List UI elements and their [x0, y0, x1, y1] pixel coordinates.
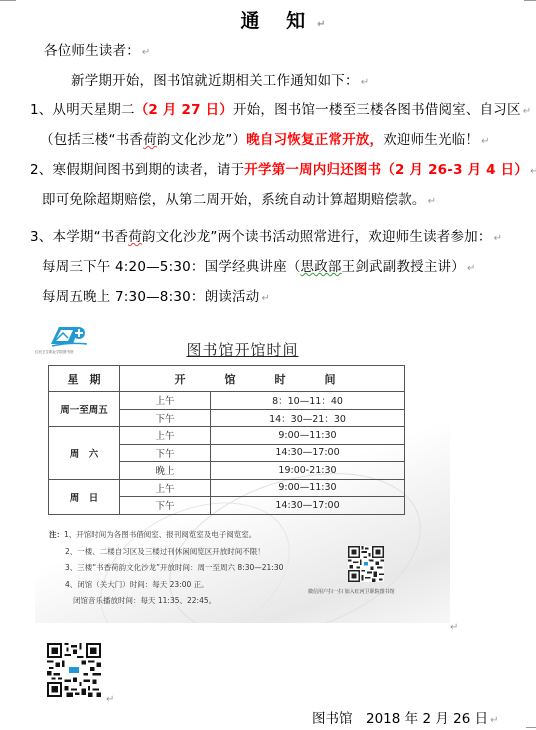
- notes-label: 注：: [49, 530, 64, 539]
- note-text: 3、三楼“书香荷韵文化沙龙”开放时间：周一至周六 8:30—21:30: [65, 563, 283, 572]
- note-line: 4、闭馆（关大门）时间：每天 23:00 正。: [49, 577, 283, 594]
- item-1-line-2: （包括三楼“书香荷韵文化沙龙”）晚自习恢复正常开放，欢迎师生光临！↵: [40, 131, 490, 151]
- qr-caption: 微信用户扫一扫 加入红河卫职院图书馆: [308, 588, 395, 595]
- spellcheck-word[interactable]: 荷: [128, 229, 142, 245]
- period-cell: 下午: [120, 409, 211, 427]
- item-3-text: 3、本学期“书香: [30, 229, 128, 245]
- note-text: 4、闭馆（关大门）时间：每天 23:00 正。: [65, 580, 209, 589]
- signature-line: 图书馆 2018 年 2 月 26 日↵: [312, 707, 498, 727]
- note-text: 闭馆音乐播放时间：每天 11:35、22:45。: [73, 596, 216, 605]
- library-hours-poster-image[interactable]: 红河卫生职业学院图书馆 图书馆开馆时间 星 期 开 馆 时 间 周一至周五 上午…: [35, 320, 450, 623]
- paragraph-mark: ↵: [481, 136, 490, 147]
- period-cell: 上午: [120, 427, 211, 445]
- note-text: 2、一楼、二楼自习区及三楼过刊休闲阅览区开放时间不限！: [65, 547, 265, 556]
- page-corner-mark: [526, 727, 536, 728]
- table-row: 周 日 上午 9:00—11:30: [49, 479, 405, 497]
- paragraph-mark: ↵: [530, 166, 536, 177]
- time-cell: 14:30—17:00: [211, 444, 405, 462]
- paragraph-mark: ↵: [467, 263, 476, 274]
- table-row: 周 六 上午 9:00—11:30: [49, 427, 405, 445]
- period-cell: 下午: [120, 444, 211, 462]
- salutation: 各位师生读者：↵: [44, 42, 151, 62]
- day-cell: 周 日: [49, 479, 120, 514]
- item-1-text: （包括三楼“书香: [40, 132, 143, 148]
- item-2-text: 即可免除超期赔偿，从第二周开始，系统自动计算超期赔偿款。: [42, 192, 426, 208]
- poster-notes: 注：1、开馆时间为各图书借阅室、报刊阅览室及电子阅览室。 2、一楼、二楼自习区及…: [49, 527, 283, 610]
- day-cell: 周一至周五: [49, 392, 120, 427]
- item-3-text: 韵文化沙龙”两个读书活动照常进行，欢迎师生读者参加：: [142, 229, 492, 245]
- intro-paragraph: 新学期开始，图书馆就近期相关工作通知如下：↵: [71, 72, 369, 92]
- activity-1: 每周三下午 4:20—5:30：国学经典讲座（思政部王剑武副教授主讲）↵: [42, 258, 476, 278]
- note-line: 注：1、开馆时间为各图书借阅室、报刊阅览室及电子阅览室。: [49, 527, 283, 544]
- activity-text: 每周五晚上 7:30—8:30：朗读活动: [42, 289, 259, 305]
- item-1-highlight: 晚自习恢复正常开放，: [246, 132, 383, 148]
- title-text: 通 知: [240, 10, 315, 32]
- opening-hours-table: 星 期 开 馆 时 间 周一至周五 上午 8：10—11：40 下午 14：30…: [48, 365, 405, 515]
- time-cell: 14:30—17:00: [211, 497, 405, 515]
- document-title: 通 知↵: [0, 6, 536, 33]
- page-corner-mark: [524, 0, 536, 1]
- spellcheck-word[interactable]: 荷: [143, 132, 157, 148]
- paragraph-mark: ↵: [523, 106, 532, 117]
- time-cell: 9:00—11:30: [211, 427, 405, 445]
- note-line: 2、一楼、二楼自习区及三楼过刊休闲阅览区开放时间不限！: [49, 544, 283, 561]
- qr-code-icon: [348, 546, 384, 582]
- item-1-date-highlight: （2 月 27 日）: [135, 102, 233, 118]
- poster-title: 图书馆开馆时间: [35, 339, 450, 360]
- item-1-text: 欢迎师生光临！: [383, 132, 479, 148]
- note-line: 闭馆音乐播放时间：每天 11:35、22:45。: [49, 593, 283, 610]
- paragraph-mark: ↵: [494, 233, 503, 244]
- item-1-text: 1、从明天星期二: [30, 102, 135, 118]
- item-2-text: 2、寒假期间图书到期的读者，请于: [30, 162, 244, 178]
- period-cell: 下午: [120, 497, 211, 515]
- signature-text: 图书馆 2018 年 2 月 26 日: [312, 711, 488, 727]
- activity-text: 王剑武副教授主讲）: [342, 259, 465, 275]
- activity-text: 每周三下午 4:20—5:30：国学经典讲座（: [42, 259, 301, 275]
- paragraph-mark: ↵: [428, 196, 437, 207]
- time-cell: 9:00—11:30: [211, 479, 405, 497]
- item-2-line-2: 即可免除超期赔偿，从第二周开始，系统自动计算超期赔偿款。↵: [42, 191, 436, 211]
- paragraph-mark: ↵: [106, 694, 114, 705]
- day-cell: 周 六: [49, 427, 120, 480]
- paragraph-mark: ↵: [490, 715, 498, 726]
- item-3-line-1: 3、本学期“书香荷韵文化沙龙”两个读书活动照常进行，欢迎师生读者参加：↵: [30, 228, 502, 248]
- paragraph-mark: ↵: [261, 293, 270, 304]
- table-header-row: 星 期 开 馆 时 间: [49, 366, 405, 392]
- item-1-line-1: 1、从明天星期二（2 月 27 日）开始，图书馆一楼至三楼各图书借阅室、自习区↵: [30, 101, 531, 121]
- wechat-qr-code-icon[interactable]: [47, 643, 101, 697]
- header-day: 星 期: [49, 366, 120, 392]
- note-line: 3、三楼“书香荷韵文化沙龙”开放时间：周一至周六 8:30—21:30: [49, 560, 283, 577]
- grammar-check-word[interactable]: 思政部: [301, 259, 342, 275]
- header-hours: 开 馆 时 间: [120, 366, 405, 392]
- activity-2: 每周五晚上 7:30—8:30：朗读活动↵: [42, 288, 270, 308]
- item-1-text: 韵文化沙龙”）: [157, 132, 246, 148]
- item-2-highlight: 开学第一周内归还图书（2 月 26-3 月 4 日）: [244, 162, 528, 178]
- paragraph-mark: ↵: [450, 622, 458, 633]
- period-cell: 晚上: [120, 462, 211, 480]
- paragraph-mark: ↵: [317, 19, 325, 30]
- page-corner-mark: [0, 0, 16, 1]
- note-text: 1、开馆时间为各图书借阅室、报刊阅览室及电子阅览室。: [64, 530, 256, 539]
- paragraph-mark: ↵: [142, 47, 151, 58]
- table-row: 周一至周五 上午 8：10—11：40: [49, 392, 405, 410]
- salutation-text: 各位师生读者：: [44, 43, 140, 59]
- item-1-text: 开始，图书馆一楼至三楼各图书借阅室、自习区: [233, 102, 521, 118]
- intro-text: 新学期开始，图书馆就近期相关工作通知如下：: [71, 73, 359, 89]
- period-cell: 上午: [120, 392, 211, 410]
- period-cell: 上午: [120, 479, 211, 497]
- time-cell: 8：10—11：40: [211, 392, 405, 410]
- time-cell: 19:00-21:30: [211, 462, 405, 480]
- item-2-line-1: 2、寒假期间图书到期的读者，请于开学第一周内归还图书（2 月 26-3 月 4 …: [30, 161, 536, 181]
- paragraph-mark: ↵: [361, 77, 370, 88]
- time-cell: 14：30—21：30: [211, 409, 405, 427]
